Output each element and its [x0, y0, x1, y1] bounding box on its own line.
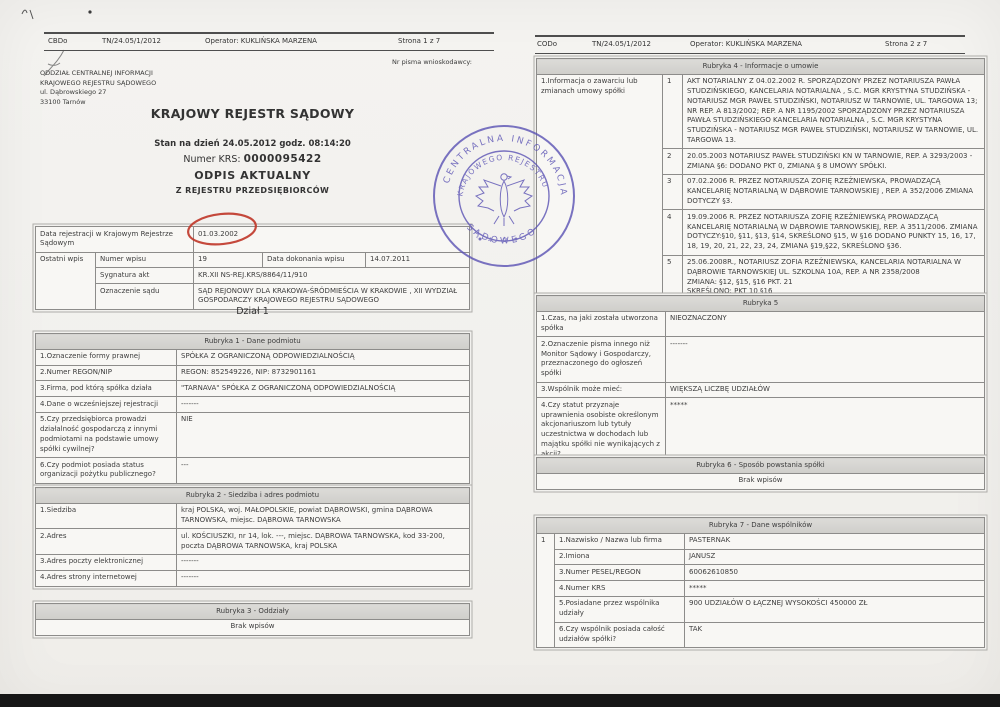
table-row: 1.Oznaczenie formy prawnejSPÓŁKA Z OGRAN… — [36, 349, 470, 365]
table-row: Rubryka 6 - Sposób powstania spółki — [537, 458, 985, 474]
field-label: 1.Siedziba — [36, 503, 177, 529]
field-value: ------- — [177, 397, 470, 413]
table-row: 5.Posiadane przez wspólnika udziały900 U… — [537, 596, 985, 622]
table-row: 3.Wspólnik może mieć:WIĘKSZĄ LICZBĘ UDZI… — [537, 382, 985, 398]
table-row: Rubryka 5 — [537, 296, 985, 312]
document-subtitle2: Z REJESTRU PRZEDSIĘBIORCÓW — [35, 186, 470, 195]
field-label: 2.Imiona — [555, 549, 685, 565]
field-value: --- — [177, 458, 470, 484]
rubryka4-title: Rubryka 4 - Informacje o umowie — [537, 59, 985, 75]
table-row: Rubryka 7 - Dane wspólników — [537, 518, 985, 534]
table-row: 4.Dane o wcześniejszej rejestracji------… — [36, 397, 470, 413]
registry-stamp: CENTRALNA INFORMACJA SĄDOWEGO KRAJOWEGO … — [428, 120, 580, 272]
field-value: ***** — [685, 581, 985, 597]
table-row: Rubryka 3 - Oddziały — [36, 604, 470, 620]
scan-edge-bar — [0, 694, 1000, 707]
header-operator: Operator: KUKLIŃSKA MARZENA — [205, 37, 317, 45]
table-row: 1.Czas, na jaki została utworzona spółka… — [537, 311, 985, 337]
field-value: kraj POLSKA, woj. MAŁOPOLSKIE, powiat DĄ… — [177, 503, 470, 529]
field-value: PASTERNAK — [685, 533, 985, 549]
rubryka3-title: Rubryka 3 - Oddziały — [36, 604, 470, 620]
field-label: Data dokonania wpisu — [263, 252, 366, 268]
table-row: 1.Siedzibakraj POLSKA, woj. MAŁOPOLSKIE,… — [36, 503, 470, 529]
stamp-inner-text: KRAJOWEGO REJESTRU — [455, 153, 550, 197]
table-row: 4.Czy statut przyznaje uprawnienia osobi… — [537, 398, 985, 463]
field-label: Ostatni wpis — [36, 252, 96, 309]
table-row: Ostatni wpis Numer wpisu 19 Data dokonan… — [36, 252, 470, 268]
table-row: 2.Adresul. KOŚCIUSZKI, nr 14, lok. ---, … — [36, 529, 470, 555]
krs-label: Numer KRS: — [183, 154, 240, 165]
table-row: Rubryka 1 - Dane podmiotu — [36, 334, 470, 350]
rubryka1-table: Rubryka 1 - Dane podmiotu 1.Oznaczenie f… — [35, 333, 470, 484]
entry-number: 5 — [663, 255, 683, 300]
issuer-address-line: ODDZIAŁ CENTRALNEJ INFORMACJI — [40, 69, 156, 79]
field-label: 5.Posiadane przez wspólnika udziały — [555, 596, 685, 622]
table-row: 2.Oznaczenie pisma innego niż Monitor Są… — [537, 337, 985, 382]
field-label: 3.Firma, pod którą spółka działa — [36, 381, 177, 397]
field-label: 3.Wspólnik może mieć: — [537, 382, 666, 398]
header-page: Strona 1 z 7 — [398, 37, 440, 45]
table-row: Rubryka 4 - Informacje o umowie — [537, 59, 985, 75]
entry-text: 20.05.2003 NOTARIUSZ PAWEŁ STUDZIŃSKI KN… — [683, 149, 985, 175]
field-value: ul. KOŚCIUSZKI, nr 14, lok. ---, miejsc.… — [177, 529, 470, 555]
header-page: Strona 2 z 7 — [885, 40, 927, 48]
rubryka7-table: Rubryka 7 - Dane wspólników 1 1.Nazwisko… — [536, 517, 985, 648]
field-value: REGON: 852549226, NIP: 8732901161 — [177, 365, 470, 381]
rubryka6-title: Rubryka 6 - Sposób powstania spółki — [537, 458, 985, 474]
krs-number: 0000095422 — [244, 153, 322, 165]
field-label: Numer wpisu — [96, 252, 194, 268]
rubryka7-title: Rubryka 7 - Dane wspólników — [537, 518, 985, 534]
eagle-emblem-icon — [476, 174, 532, 226]
table-row: 6.Czy podmiot posiada status organizacji… — [36, 458, 470, 484]
table-row: Brak wpisów — [36, 619, 470, 635]
table-row: 5.Czy przedsiębiorca prowadzi działalnoś… — [36, 412, 470, 457]
table-row: 2.Numer REGON/NIPREGON: 852549226, NIP: … — [36, 365, 470, 381]
field-label: 4.Numer KRS — [555, 581, 685, 597]
field-label: 3.Numer PESEL/REGON — [555, 565, 685, 581]
entry-text: 19.09.2006 R. PRZEZ NOTARIUSZA ZOFIĘ RZE… — [683, 210, 985, 255]
table-row: 1 1.Nazwisko / Nazwa lub firmaPASTERNAK — [537, 533, 985, 549]
red-circle-annotation — [184, 209, 264, 251]
page1-header: CBDo TN/24.05/1/2012 Operator: KUKLIŃSKA… — [44, 32, 494, 51]
issuer-address-line: ul. Dąbrowskiego 27 — [40, 88, 156, 98]
field-value: JANUSZ — [685, 549, 985, 565]
page2-header: CODo TN/24.05/1/2012 Operator: KUKLIŃSKA… — [535, 35, 965, 54]
field-label: 2.Oznaczenie pisma innego niż Monitor Są… — [537, 337, 666, 382]
field-label: 4.Adres strony internetowej — [36, 570, 177, 586]
stamp-mark: 4 O — [488, 236, 511, 244]
field-value: ------- — [666, 337, 985, 382]
rubryka4-table: Rubryka 4 - Informacje o umowie 1.Inform… — [536, 58, 985, 301]
entry-text: 25.06.2008R., NOTARIUSZ ZOFIA RZEŹNIEWSK… — [683, 255, 985, 300]
no-entries-label: Brak wpisów — [36, 619, 470, 635]
field-value: SPÓŁKA Z OGRANICZONĄ ODPOWIEDZIALNOŚCIĄ — [177, 349, 470, 365]
field-value: WIĘKSZĄ LICZBĘ UDZIAŁÓW — [666, 382, 985, 398]
table-row: 3.Adres poczty elektronicznej------- — [36, 554, 470, 570]
field-label: 6.Czy wspólnik posiada całość udziałów s… — [555, 622, 685, 648]
rubryka6-table: Rubryka 6 - Sposób powstania spółki Brak… — [536, 457, 985, 490]
field-value: ------- — [177, 554, 470, 570]
document-title: KRAJOWY REJESTR SĄDOWY — [35, 106, 470, 121]
krs-number-line: Numer KRS:0000095422 — [35, 153, 470, 165]
field-value: 19 — [194, 252, 263, 268]
rubryka3-table: Rubryka 3 - Oddziały Brak wpisów — [35, 603, 470, 636]
entry-number: 4 — [663, 210, 683, 255]
field-value: ------- — [177, 570, 470, 586]
table-row: Sygnatura akt KR.XII NS-REJ.KRS/8864/11/… — [36, 268, 470, 284]
entry-number: 3 — [663, 174, 683, 209]
rubryka5-title: Rubryka 5 — [537, 296, 985, 312]
entry-text: 07.02.2006 R. PRZEZ NOTARIUSZA ZOFIĘ RZE… — [683, 174, 985, 209]
field-value: 60062610850 — [685, 565, 985, 581]
table-row: 1.Informacja o zawarciu lub zmianach umo… — [537, 74, 985, 149]
field-label: Sygnatura akt — [96, 268, 194, 284]
field-value: NIE — [177, 412, 470, 457]
field-label: 3.Adres poczty elektronicznej — [36, 554, 177, 570]
table-row: 3.Firma, pod którą spółka działa"TARNAVA… — [36, 381, 470, 397]
header-code: CBDo — [48, 37, 67, 45]
table-row: 2.ImionaJANUSZ — [537, 549, 985, 565]
entry-text: AKT NOTARIALNY Z 04.02.2002 R. SPORZĄDZO… — [683, 74, 985, 149]
field-value: 900 UDZIAŁÓW O ŁĄCZNEJ WYSOKOŚCI 450000 … — [685, 596, 985, 622]
field-value: ***** — [666, 398, 985, 463]
header-operator: Operator: KUKLIŃSKA MARZENA — [690, 40, 802, 48]
table-row: Brak wpisów — [537, 473, 985, 489]
field-value: "TARNAVA" SPÓŁKA Z OGRANICZONĄ ODPOWIEDZ… — [177, 381, 470, 397]
field-label: 2.Adres — [36, 529, 177, 555]
rubryka1-title: Rubryka 1 - Dane podmiotu — [36, 334, 470, 350]
rubryka2-title: Rubryka 2 - Siedziba i adres podmiotu — [36, 488, 470, 504]
section-title: Dział 1 — [35, 306, 470, 317]
field-value: NIEOZNACZONY — [666, 311, 985, 337]
field-label: 1.Oznaczenie formy prawnej — [36, 349, 177, 365]
field-label: 1.Czas, na jaki została utworzona spółka — [537, 311, 666, 337]
field-label: 4.Czy statut przyznaje uprawnienia osobi… — [537, 398, 666, 463]
status-line: Stan na dzień 24.05.2012 godz. 08:14:20 — [35, 139, 470, 149]
document-subtitle: ODPIS AKTUALNY — [35, 169, 470, 182]
field-value: TAK — [685, 622, 985, 648]
issuer-address-line: KRAJOWEGO REJESTRU SĄDOWEGO — [40, 79, 156, 89]
applicant-ref-label: Nr pisma wnioskodawcy: — [292, 58, 472, 66]
table-row: 6.Czy wspólnik posiada całość udziałów s… — [537, 622, 985, 648]
scanned-krs-document: CBDo TN/24.05/1/2012 Operator: KUKLIŃSKA… — [0, 0, 1000, 707]
issuer-address: ODDZIAŁ CENTRALNEJ INFORMACJI KRAJOWEGO … — [40, 69, 156, 107]
table-row: 4.Numer KRS***** — [537, 581, 985, 597]
table-row: Rubryka 2 - Siedziba i adres podmiotu — [36, 488, 470, 504]
table-row: 4.Adres strony internetowej------- — [36, 570, 470, 586]
field-label: 5.Czy przedsiębiorca prowadzi działalnoś… — [36, 412, 177, 457]
field-label: Data rejestracji w Krajowym Rejestrze Są… — [36, 227, 194, 253]
table-row: 3.Numer PESEL/REGON60062610850 — [537, 565, 985, 581]
rubryka2-table: Rubryka 2 - Siedziba i adres podmiotu 1.… — [35, 487, 470, 587]
field-label: 2.Numer REGON/NIP — [36, 365, 177, 381]
field-label: 6.Czy podmiot posiada status organizacji… — [36, 458, 177, 484]
header-ref: TN/24.05/1/2012 — [102, 37, 161, 45]
entry-number: 1 — [663, 74, 683, 149]
entry-number: 2 — [663, 149, 683, 175]
shareholder-index: 1 — [537, 533, 555, 647]
field-label: 4.Dane o wcześniejszej rejestracji — [36, 397, 177, 413]
header-ref: TN/24.05/1/2012 — [592, 40, 651, 48]
header-code: CODo — [537, 40, 557, 48]
svg-text:KRAJOWEGO REJESTRU: KRAJOWEGO REJESTRU — [455, 153, 550, 197]
no-entries-label: Brak wpisów — [537, 473, 985, 489]
field-label: 1.Nazwisko / Nazwa lub firma — [555, 533, 685, 549]
